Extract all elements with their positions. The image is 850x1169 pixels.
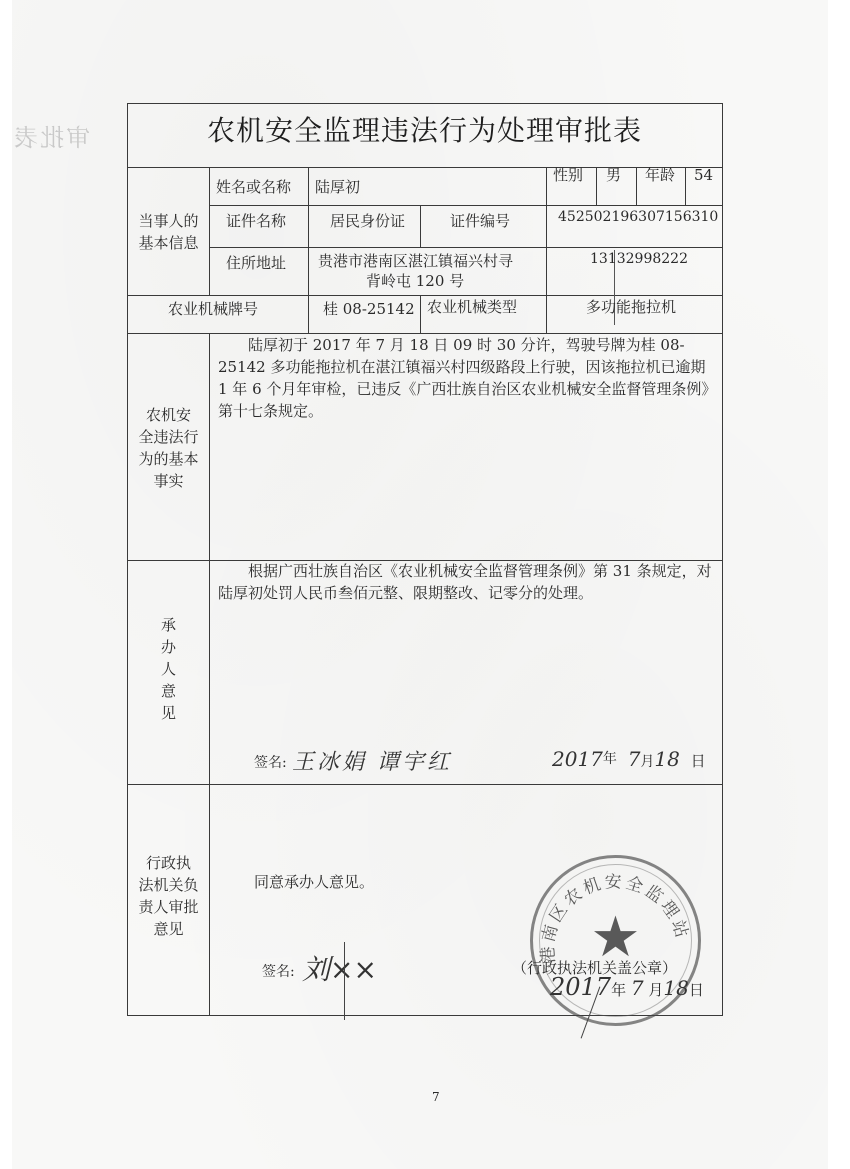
name-value: 陆厚初 <box>315 176 360 198</box>
label-char: 办 <box>128 636 209 658</box>
date-unit: 月 <box>648 981 663 999</box>
handler-signature: 王冰娟 谭宇红 <box>292 745 452 776</box>
handler-opinion-text: 根据广西壮族自治区《农业机械安全监督管理条例》第 31 条规定，对陆厚初处罚人民… <box>218 560 716 604</box>
approval-label: 行政执 法机关负 责人审批 意见 <box>128 852 209 940</box>
page-title: 农机安全监理违法行为处理审批表 <box>127 103 722 167</box>
address-label: 住所地址 <box>226 252 286 274</box>
approval-text: 同意承办人意见。 <box>254 871 374 893</box>
handler-opinion-label: 承 办 人 意 见 <box>128 614 209 724</box>
machine-type-label: 农业机械类型 <box>427 296 517 318</box>
label-line: 基本信息 <box>128 232 209 254</box>
party-info-label: 当事人的 基本信息 <box>128 210 209 254</box>
address-line-2: 背岭屯 120 号 <box>366 270 464 292</box>
id-type-value: 居民身份证 <box>330 210 405 232</box>
scan-margin-right <box>828 0 850 1169</box>
row-divider <box>127 784 723 785</box>
col-divider <box>546 167 547 333</box>
plate-value: 桂 08-25142 <box>323 298 415 320</box>
col-divider <box>420 205 421 247</box>
date-unit: 年 <box>603 751 617 767</box>
date-unit: 日 <box>691 752 706 770</box>
row-divider <box>127 167 723 168</box>
label-line: 法机关负 <box>128 874 209 896</box>
label-line: 当事人的 <box>128 210 209 232</box>
approval-date-month: 7 <box>631 976 644 1000</box>
phone-value: 13132998222 <box>590 248 688 270</box>
label-line: 事实 <box>128 470 209 492</box>
age-label: 年龄 <box>645 164 675 186</box>
col-divider <box>420 295 421 333</box>
label-line: 意见 <box>128 918 209 940</box>
col-divider <box>209 333 210 1015</box>
date-unit: 月 <box>640 754 654 770</box>
date-unit: 日 <box>689 981 704 999</box>
bleed-through-text: 审批表 <box>12 118 90 153</box>
label-line: 全违法行 <box>128 426 209 448</box>
col-divider <box>636 167 637 205</box>
plate-label: 农业机械牌号 <box>168 298 258 320</box>
gender-value: 男 <box>606 164 621 186</box>
handler-date-year: 2017 <box>552 747 603 771</box>
facts-label: 农机安 全违法行 为的基本 事实 <box>128 404 209 492</box>
col-divider <box>596 167 597 205</box>
approval-date-year: 2017 <box>550 973 611 1001</box>
age-value: 54 <box>694 164 713 186</box>
label-line: 农机安 <box>128 404 209 426</box>
handler-signature-label: 签名: <box>254 752 287 774</box>
col-divider <box>308 167 309 333</box>
gender-label: 性别 <box>553 164 583 186</box>
label-line: 为的基本 <box>128 448 209 470</box>
approval-signature: 刘×× <box>302 948 377 988</box>
label-char: 见 <box>128 702 209 724</box>
approval-date-day: 18 <box>663 976 688 1000</box>
label-char: 意 <box>128 680 209 702</box>
handler-date-month: 7 <box>628 747 641 771</box>
handler-date-day: 18 <box>654 747 679 771</box>
id-number-value: 452502196307156310 <box>558 206 718 228</box>
scan-margin-left <box>0 0 12 1169</box>
label-char: 人 <box>128 658 209 680</box>
col-divider <box>209 167 210 295</box>
date-unit: 年 <box>611 981 626 999</box>
table-border-top <box>127 103 723 104</box>
page-number: 7 <box>432 1090 440 1104</box>
address-line-1: 贵港市港南区湛江镇福兴村寻 <box>318 250 513 272</box>
id-number-label: 证件编号 <box>450 210 510 232</box>
signature-stroke <box>344 942 345 1020</box>
name-label: 姓名或名称 <box>216 176 291 198</box>
approval-date: 2017年 7 月18日 <box>550 976 704 1001</box>
label-line: 责人审批 <box>128 896 209 918</box>
label-line: 行政执 <box>128 852 209 874</box>
approval-signature-label: 签名: <box>262 961 295 983</box>
label-char: 承 <box>128 614 209 636</box>
machine-type-value: 多功能拖拉机 <box>586 296 676 318</box>
handler-date: 2017年 7月18 日 <box>552 748 706 773</box>
facts-text: 陆厚初于 2017 年 7 月 18 日 09 时 30 分许，驾驶号牌为桂 0… <box>218 334 716 422</box>
col-divider <box>685 167 686 205</box>
id-type-label: 证件名称 <box>226 210 286 232</box>
